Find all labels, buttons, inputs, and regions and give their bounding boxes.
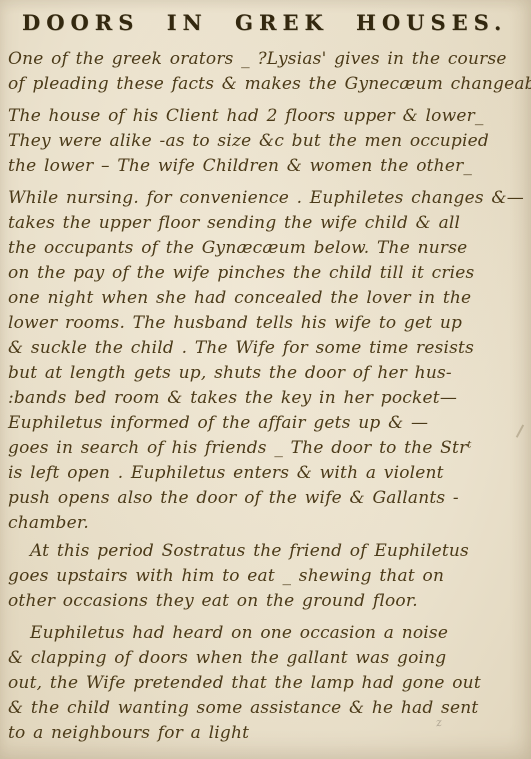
manuscript-line: on the pay of the wife pinches the child… — [8, 261, 525, 286]
manuscript-line: out, the Wife pretended that the lamp ha… — [8, 671, 525, 696]
manuscript-line: the lower – The wife Children & women th… — [8, 154, 525, 179]
manuscript-line: One of the greek orators _ ?Lysias' give… — [8, 47, 525, 72]
manuscript-line: but at length gets up, shuts the door of… — [8, 361, 525, 386]
manuscript-line: lower rooms. The husband tells his wife … — [8, 311, 525, 336]
manuscript-line: to a neighbours for a light — [8, 721, 525, 746]
manuscript-line: The house of his Client had 2 floors upp… — [8, 104, 525, 129]
manuscript-line: push opens also the door of the wife & G… — [8, 486, 525, 511]
manuscript-line: They were alike -as to size &c but the m… — [8, 129, 525, 154]
manuscript-line: one night when she had concealed the lov… — [8, 286, 525, 311]
page-title: DOORS IN GREK HOUSES. — [22, 10, 525, 35]
manuscript-line: other occasions they eat on the ground f… — [8, 589, 525, 614]
manuscript-line: & clapping of doors when the gallant was… — [8, 646, 525, 671]
manuscript-line: While nursing. for convenience . Euphile… — [8, 186, 525, 211]
manuscript-line: chamber. — [8, 511, 525, 536]
paragraph: One of the greek orators _ ?Lysias' give… — [8, 47, 525, 97]
manuscript-line: & suckle the child . The Wife for some t… — [8, 336, 525, 361]
manuscript-line: Euphiletus informed of the affair gets u… — [8, 411, 525, 436]
paragraph: The house of his Client had 2 floors upp… — [8, 104, 525, 179]
manuscript-line: the occupants of the Gynæcæum below. The… — [8, 236, 525, 261]
paragraph: At this period Sostratus the friend of E… — [8, 539, 525, 614]
manuscript-line: & the child wanting some assistance & he… — [8, 696, 525, 721]
paragraph: While nursing. for convenience . Euphile… — [8, 186, 525, 536]
manuscript-line: is left open . Euphiletus enters & with … — [8, 461, 525, 486]
manuscript-line: of pleading these facts & makes the Gyne… — [8, 72, 525, 97]
manuscript-line: goes upstairs with him to eat _ shewing … — [8, 564, 525, 589]
paragraph: Euphiletus had heard on one occasion a n… — [8, 621, 525, 746]
manuscript-line: Euphiletus had heard on one occasion a n… — [8, 621, 525, 646]
manuscript-line: At this period Sostratus the friend of E… — [8, 539, 525, 564]
manuscript-line: goes in search of his friends _ The door… — [8, 436, 525, 461]
manuscript-body: One of the greek orators _ ?Lysias' give… — [8, 47, 525, 746]
manuscript-line: :bands bed room & takes the key in her p… — [8, 386, 525, 411]
manuscript-line: takes the upper floor sending the wife c… — [8, 211, 525, 236]
manuscript-page: DOORS IN GREK HOUSES. One of the greek o… — [0, 0, 531, 759]
